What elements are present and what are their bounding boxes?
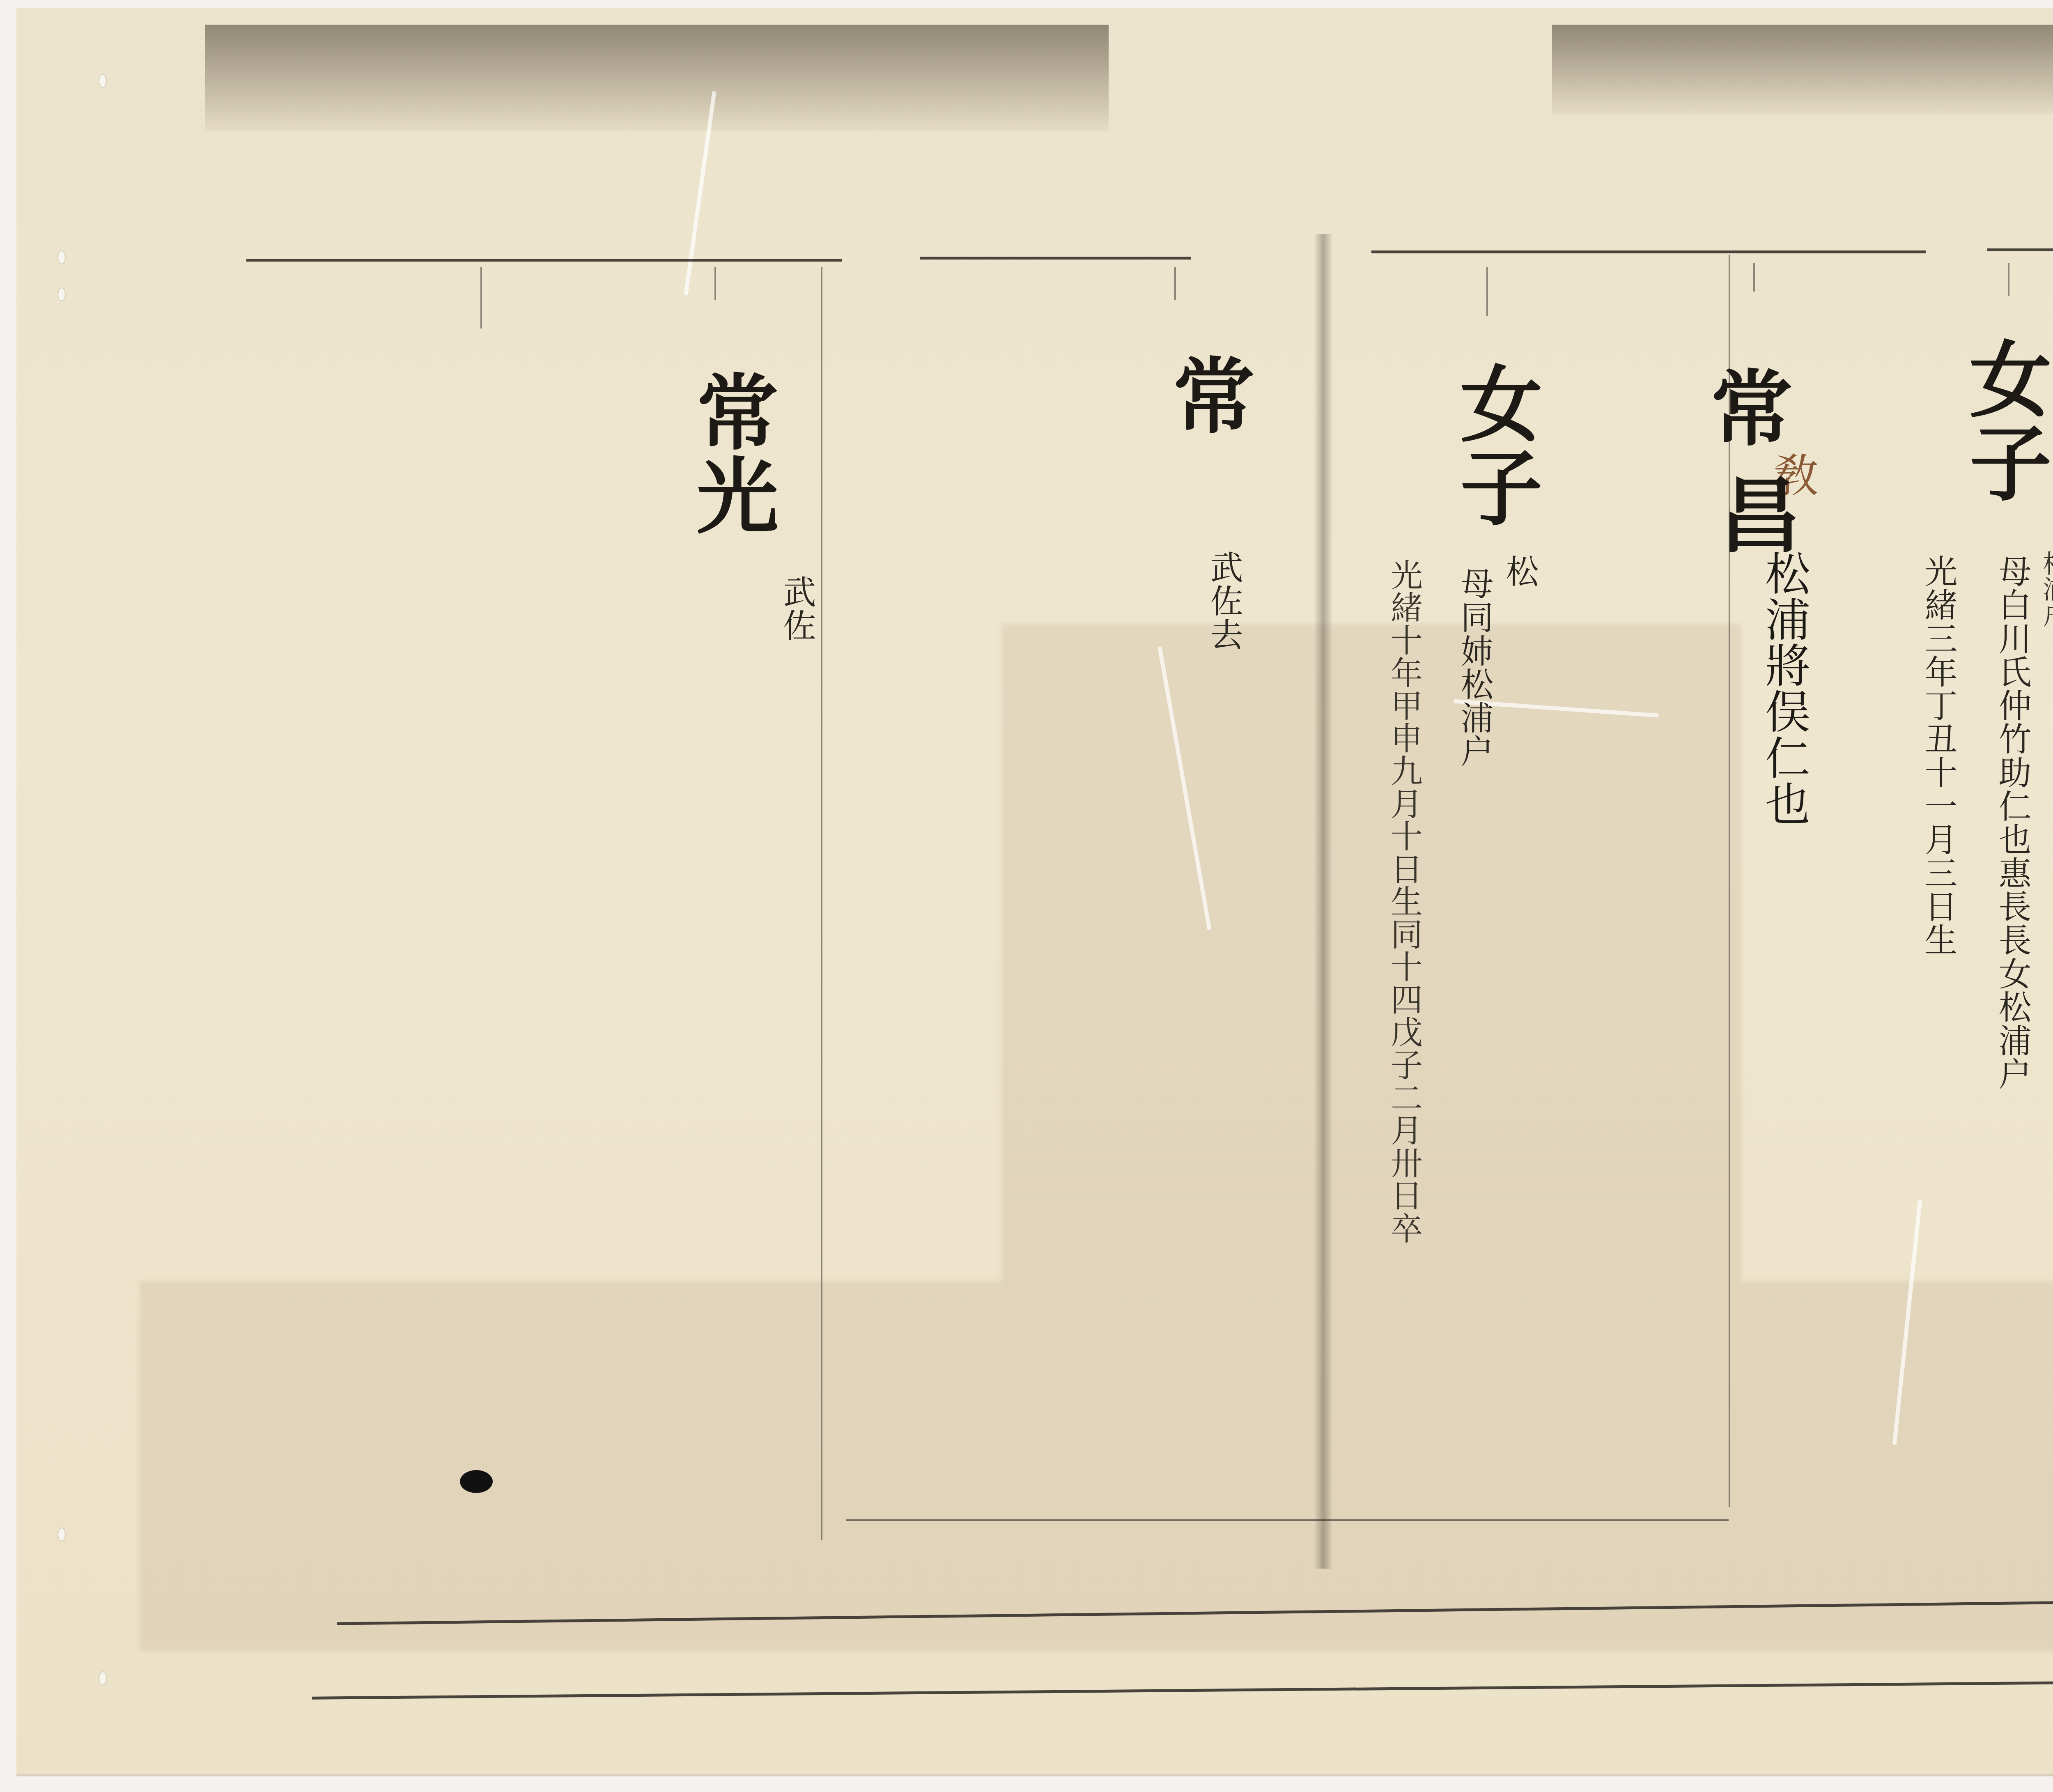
burn-damage (1552, 25, 2053, 115)
center-fold (1314, 234, 1333, 1569)
entry-note-wusa: 武佐 (780, 575, 813, 642)
binding-hole (57, 287, 66, 301)
entry-name-daughter-2: 女子 (1454, 361, 1536, 529)
frame-top-center-left (920, 257, 1191, 260)
entry-name-changguang: 常光 (690, 370, 772, 537)
binding-hole (57, 250, 66, 264)
burn-damage (205, 25, 1109, 131)
entry-note-birth: 光緒三年丁丑十一月三日生 (1922, 554, 1954, 956)
entry-note-household-2: 松 (1503, 554, 1536, 588)
column-tick (480, 267, 482, 329)
entry-name-chang-bottom: 昌 (1712, 472, 1794, 556)
frame-top-left (246, 259, 842, 262)
binding-hole (99, 1671, 107, 1685)
entry-name-daughter-1: 女子 (1963, 337, 2045, 504)
column-tick (714, 267, 716, 300)
binding-hole (57, 1528, 66, 1542)
frame-bottom-rule-2 (312, 1679, 2053, 1700)
ink-blot (460, 1470, 493, 1493)
column-tick (2008, 263, 2009, 296)
document-sheet: 女子 松浦户 母白川氏仲竹助仁也惠長長女松浦户 光緒三年丁丑十一月三日生 常 敎… (16, 8, 2053, 1776)
entry-note-birth-death: 光緒十年甲申九月十日生同十四戊子二月卅日卒 (1388, 558, 1420, 1245)
entry-note-father: 松浦將俣仁也 (1761, 550, 1807, 827)
entry-note-mother: 母白川氏仲竹助仁也惠長長女松浦户 (1996, 554, 2028, 1499)
frame-bottom-inner (846, 1519, 1729, 1521)
column-tick (1174, 267, 1176, 300)
entry-note-mother-2: 母同姉松浦户 (1458, 567, 1490, 768)
column-tick (1486, 267, 1488, 316)
water-stain (1002, 624, 1741, 1281)
entry-name-chang: 常 (1166, 353, 1248, 437)
binding-hole (99, 74, 107, 88)
column-tick (1753, 263, 1755, 292)
entry-note-wusa-departed: 武佐去 (1207, 550, 1240, 651)
frame-top-right (1987, 248, 2053, 251)
entry-name-chang-top: 常 (1704, 365, 1786, 449)
frame-divider-left (821, 267, 822, 1540)
water-stain (140, 1281, 2053, 1651)
frame-top-center-right (1371, 250, 1926, 253)
entry-note-household: 松浦户 (2041, 550, 2053, 628)
